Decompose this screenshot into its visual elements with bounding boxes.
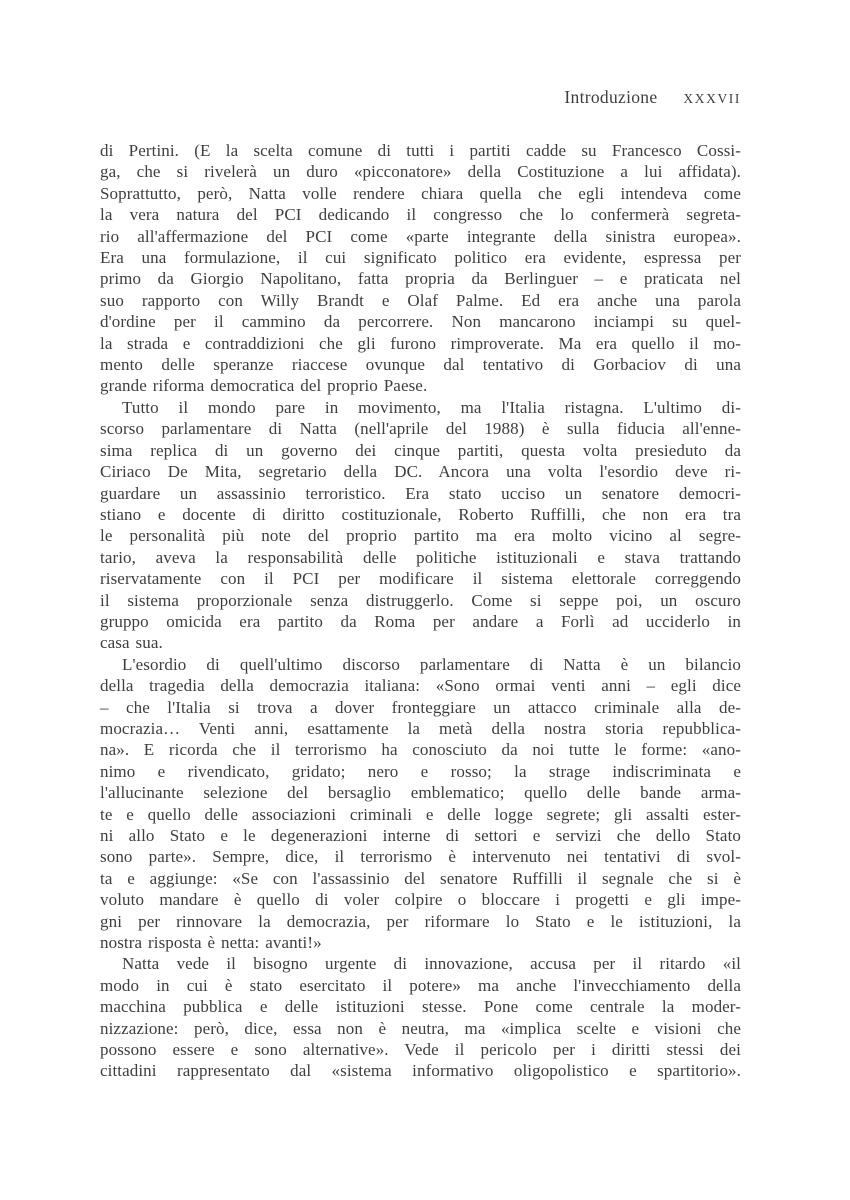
text-line: Ciriaco De Mita, segretario della DC. An… xyxy=(100,461,741,482)
text-line: d'ordine per il cammino da percorrere. N… xyxy=(100,311,741,332)
text-line: gni per rinnovare la democrazia, per rif… xyxy=(100,911,741,932)
text-line: Tutto il mondo pare in movimento, ma l'I… xyxy=(100,397,741,418)
text-line: macchina pubblica e delle istituzioni st… xyxy=(100,996,741,1017)
text-line: na». E ricorda che il terrorismo ha cono… xyxy=(100,739,741,760)
book-page: IntroduzioneXXXVII di Pertini. (E la sce… xyxy=(100,0,741,1082)
text-line: le personalità più note del proprio part… xyxy=(100,525,741,546)
running-header-title: Introduzione xyxy=(564,87,657,107)
text-line: sima replica di un governo dei cinque pa… xyxy=(100,440,741,461)
text-line: nostra risposta è netta: avanti!» xyxy=(100,932,741,953)
text-line: L'esordio di quell'ultimo discorso parla… xyxy=(100,654,741,675)
paragraph: L'esordio di quell'ultimo discorso parla… xyxy=(100,654,741,954)
text-line: mocrazia… Venti anni, esattamente la met… xyxy=(100,718,741,739)
text-line: possono essere e sono alternative». Vede… xyxy=(100,1039,741,1060)
text-line: primo da Giorgio Napolitano, fatta propr… xyxy=(100,268,741,289)
text-line: sono parte». Sempre, dice, il terrorismo… xyxy=(100,846,741,867)
text-line: la vera natura del PCI dedicando il cong… xyxy=(100,204,741,225)
text-line: la strada e contraddizioni che gli furon… xyxy=(100,333,741,354)
paragraph: di Pertini. (E la scelta comune di tutti… xyxy=(100,140,741,397)
text-line: guardare un assassinio terroristico. Era… xyxy=(100,483,741,504)
text-line: casa sua. xyxy=(100,632,741,653)
text-line: ga, che si rivelerà un duro «picconatore… xyxy=(100,161,741,182)
text-line: modo in cui è stato esercitato il potere… xyxy=(100,975,741,996)
text-line: Era una formulazione, il cui significato… xyxy=(100,247,741,268)
text-line: di Pertini. (E la scelta comune di tutti… xyxy=(100,140,741,161)
text-line: Natta vede il bisogno urgente di innovaz… xyxy=(100,953,741,974)
text-line: nizzazione: però, dice, essa non è neutr… xyxy=(100,1018,741,1039)
text-line: te e quello delle associazioni criminali… xyxy=(100,804,741,825)
paragraph: Natta vede il bisogno urgente di innovaz… xyxy=(100,953,741,1081)
text-line: scorso parlamentare di Natta (nell'april… xyxy=(100,418,741,439)
text-line: voluto mandare è quello di voler colpire… xyxy=(100,889,741,910)
text-line: rio all'affermazione del PCI come «parte… xyxy=(100,226,741,247)
text-line: suo rapporto con Willy Brandt e Olaf Pal… xyxy=(100,290,741,311)
text-line: riservatamente con il PCI per modificare… xyxy=(100,568,741,589)
scanned-book-page: { "page": { "colors": { "background": "#… xyxy=(0,0,850,1200)
text-line: grande riforma democratica del proprio P… xyxy=(100,375,741,396)
running-header: IntroduzioneXXXVII xyxy=(100,87,741,109)
paragraph: Tutto il mondo pare in movimento, ma l'I… xyxy=(100,397,741,654)
text-line: ta e aggiunge: «Se con l'assassinio del … xyxy=(100,868,741,889)
text-line: l'allucinante selezione del bersaglio em… xyxy=(100,782,741,803)
text-line: tario, aveva la responsabilità delle pol… xyxy=(100,547,741,568)
text-body: di Pertini. (E la scelta comune di tutti… xyxy=(100,140,741,1082)
text-line: nimo e rivendicato, gridato; nero e ross… xyxy=(100,761,741,782)
text-line: mento delle speranze riaccese ovunque da… xyxy=(100,354,741,375)
text-line: il sistema proporzionale senza distrugge… xyxy=(100,590,741,611)
page-number: XXXVII xyxy=(683,91,741,106)
text-line: Soprattutto, però, Natta volle rendere c… xyxy=(100,183,741,204)
text-line: gruppo omicida era partito da Roma per a… xyxy=(100,611,741,632)
text-line: cittadini rappresentato dal «sistema inf… xyxy=(100,1060,741,1081)
text-line: stiano e docente di diritto costituziona… xyxy=(100,504,741,525)
text-line: della tragedia della democrazia italiana… xyxy=(100,675,741,696)
text-line: ni allo Stato e le degenerazioni interne… xyxy=(100,825,741,846)
text-line: – che l'Italia si trova a dover frontegg… xyxy=(100,697,741,718)
